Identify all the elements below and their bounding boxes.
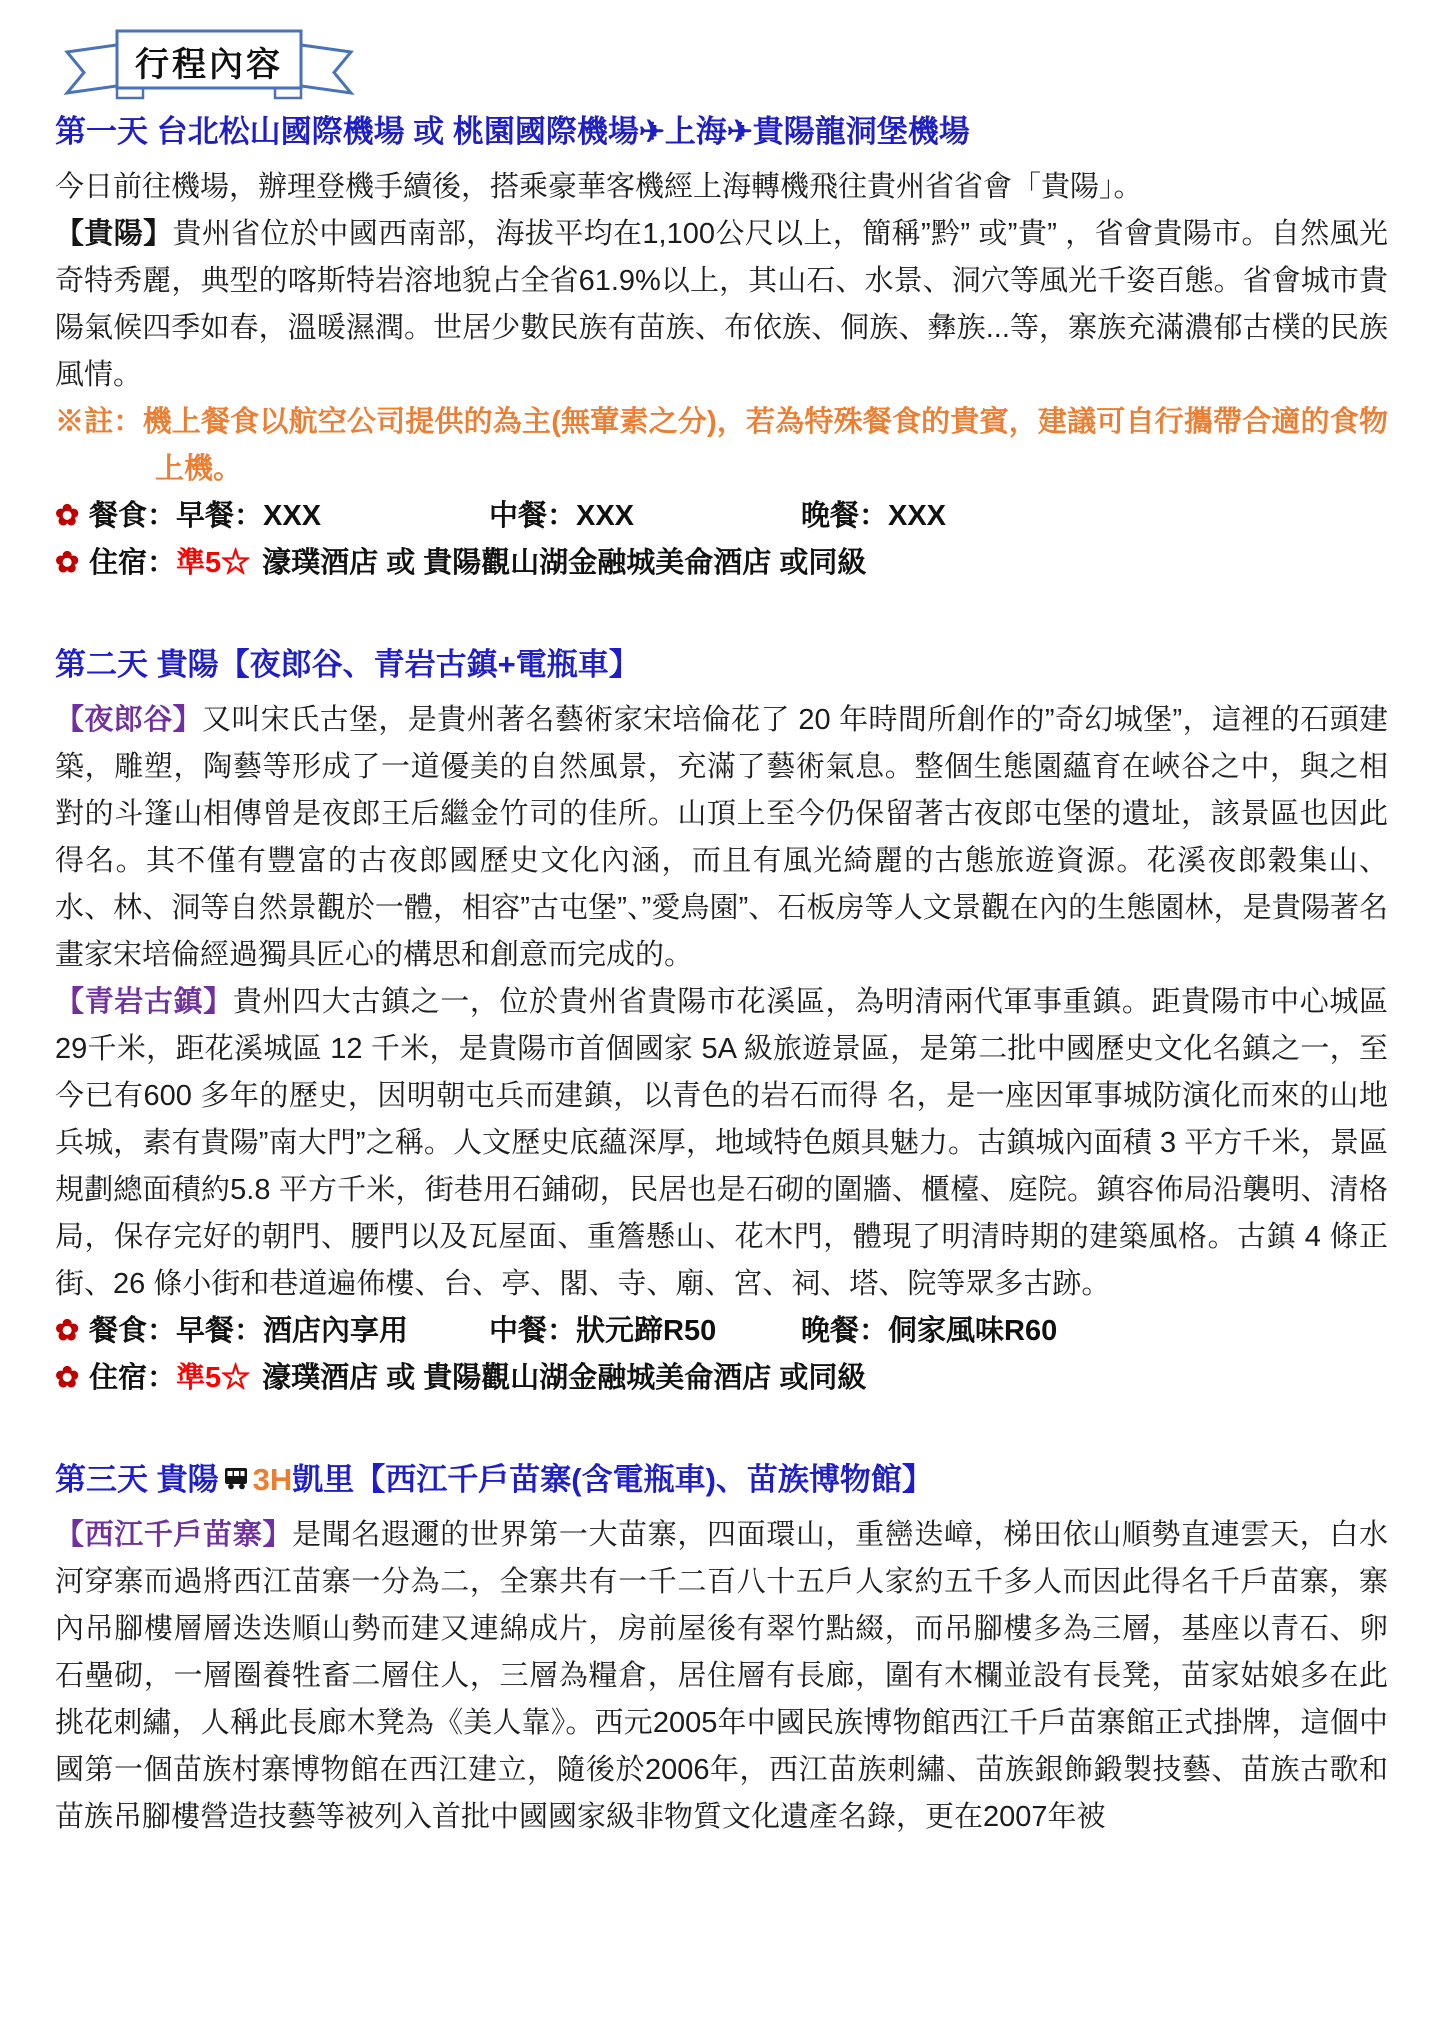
day3-heading: 第三天 貴陽3H凱里【西江千戶苗寨(含電瓶車)、苗族博物館】 (55, 1458, 1388, 1502)
meals-label: 餐食： (89, 1315, 176, 1347)
day2-yelanggu-paragraph: 【夜郎谷】又叫宋氏古堡，是貴州著名藝術家宋培倫花了 20 年時間所創作的”奇幻城… (55, 697, 1388, 979)
hotel-names: 濠璞酒店 或 貴陽觀山湖金融城美侖酒店 或同級 (262, 547, 866, 579)
flower-icon: ✿ (55, 493, 89, 540)
hotel-label: 住宿： (89, 1362, 176, 1394)
flower-icon: ✿ (55, 1308, 89, 1355)
note-text: 機上餐食以航空公司提供的為主(無葷素之分)，若為特殊餐食的貴賓，建議可自行攜帶合… (143, 406, 1388, 485)
day2-hotel-line: ✿住宿：準5☆濠璞酒店 或 貴陽觀山湖金融城美侖酒店 或同級 (55, 1355, 1388, 1402)
day3-heading-part2: 凱里【西江千戶苗寨(含電瓶車)、苗族博物館】 (292, 1462, 933, 1497)
banner-ribbon: 行程內容 (59, 24, 359, 104)
day2-qingyan-paragraph: 【青岩古鎮】貴州四大古鎮之一，位於貴州省貴陽市花溪區，為明清兩代軍事重鎮。距貴陽… (55, 979, 1388, 1308)
hotel-names: 濠璞酒店 或 貴陽觀山湖金融城美侖酒店 或同級 (262, 1362, 866, 1394)
bus-icon (221, 1463, 251, 1493)
flower-icon: ✿ (55, 540, 89, 587)
day2-dinner: 晚餐：侗家風味R60 (801, 1315, 1057, 1347)
day1-lunch: 中餐：XXX (489, 493, 801, 540)
day1-section: 第一天 台北松山國際機場 或 桃園國際機場✈上海✈貴陽龍洞堡機場 今日前往機場，… (55, 110, 1388, 587)
hotel-grade: 準5☆ (176, 547, 250, 579)
day1-heading: 第一天 台北松山國際機場 或 桃園國際機場✈上海✈貴陽龍洞堡機場 (55, 110, 1388, 154)
banner-title: 行程內容 (117, 32, 301, 90)
day3-section: 第三天 貴陽3H凱里【西江千戶苗寨(含電瓶車)、苗族博物館】 【西江千戶苗寨】是… (55, 1458, 1388, 1841)
hotel-grade: 準5☆ (176, 1362, 250, 1394)
guiyang-text: 貴州省位於中國西南部，海拔平均在1,100公尺以上，簡稱”黔” 或”貴” ，省會… (55, 218, 1388, 391)
day1-breakfast: 餐食：早餐：XXX (89, 493, 489, 540)
day1-dinner: 晚餐：XXX (801, 500, 946, 532)
day1-hotel-line: ✿住宿：準5☆濠璞酒店 或 貴陽觀山湖金融城美侖酒店 或同級 (55, 540, 1388, 587)
qingyan-text: 貴州四大古鎮之一，位於貴州省貴陽市花溪區，為明清兩代軍事重鎮。距貴陽市中心城區 … (55, 986, 1388, 1300)
day2-meals-line: ✿餐食：早餐：酒店內享用中餐：狀元蹄R50晚餐：侗家風味R60 (55, 1308, 1388, 1355)
day3-bus-hours: 3H (253, 1462, 293, 1497)
day1-guiyang-paragraph: 【貴陽】貴州省位於中國西南部，海拔平均在1,100公尺以上，簡稱”黔” 或”貴”… (55, 211, 1388, 399)
day3-xijiang-paragraph: 【西江千戶苗寨】是聞名遐邇的世界第一大苗寨，四面環山，重巒迭嶂，梯田依山順勢直連… (55, 1512, 1388, 1841)
note-prefix: ※註： (55, 406, 143, 438)
flower-icon: ✿ (55, 1355, 89, 1402)
xijiang-tag: 【西江千戶苗寨】 (55, 1519, 292, 1551)
day2-breakfast: 餐食：早餐：酒店內享用 (89, 1308, 489, 1355)
itinerary-page: 行程內容 第一天 台北松山國際機場 或 桃園國際機場✈上海✈貴陽龍洞堡機場 今日… (0, 0, 1440, 2036)
yelanggu-text: 又叫宋氏古堡，是貴州著名藝術家宋培倫花了 20 年時間所創作的”奇幻城堡”，這裡… (55, 704, 1388, 971)
hotel-label: 住宿： (89, 547, 176, 579)
day2-section: 第二天 貴陽【夜郎谷、青岩古鎮+電瓶車】 【夜郎谷】又叫宋氏古堡，是貴州著名藝術… (55, 643, 1388, 1402)
day1-meal-note: ※註：機上餐食以航空公司提供的為主(無葷素之分)，若為特殊餐食的貴賓，建議可自行… (55, 399, 1388, 493)
guiyang-tag: 【貴陽】 (55, 218, 172, 250)
breakfast-value: 早餐：酒店內享用 (176, 1315, 408, 1347)
xijiang-text: 是聞名遐邇的世界第一大苗寨，四面環山，重巒迭嶂，梯田依山順勢直連雲天，白水河穿寨… (55, 1519, 1388, 1833)
breakfast-value: 早餐：XXX (176, 500, 321, 532)
day1-meals-line: ✿餐食：早餐：XXX中餐：XXX晚餐：XXX (55, 493, 1388, 540)
day3-heading-part1: 第三天 貴陽 (55, 1462, 219, 1497)
meals-label: 餐食： (89, 500, 176, 532)
day2-lunch: 中餐：狀元蹄R50 (489, 1308, 801, 1355)
day1-intro-paragraph: 今日前往機場，辦理登機手續後，搭乘豪華客機經上海轉機飛往貴州省省會「貴陽」。 (55, 164, 1388, 211)
day2-heading: 第二天 貴陽【夜郎谷、青岩古鎮+電瓶車】 (55, 643, 1388, 687)
qingyan-tag: 【青岩古鎮】 (55, 986, 233, 1018)
yelanggu-tag: 【夜郎谷】 (55, 704, 202, 736)
